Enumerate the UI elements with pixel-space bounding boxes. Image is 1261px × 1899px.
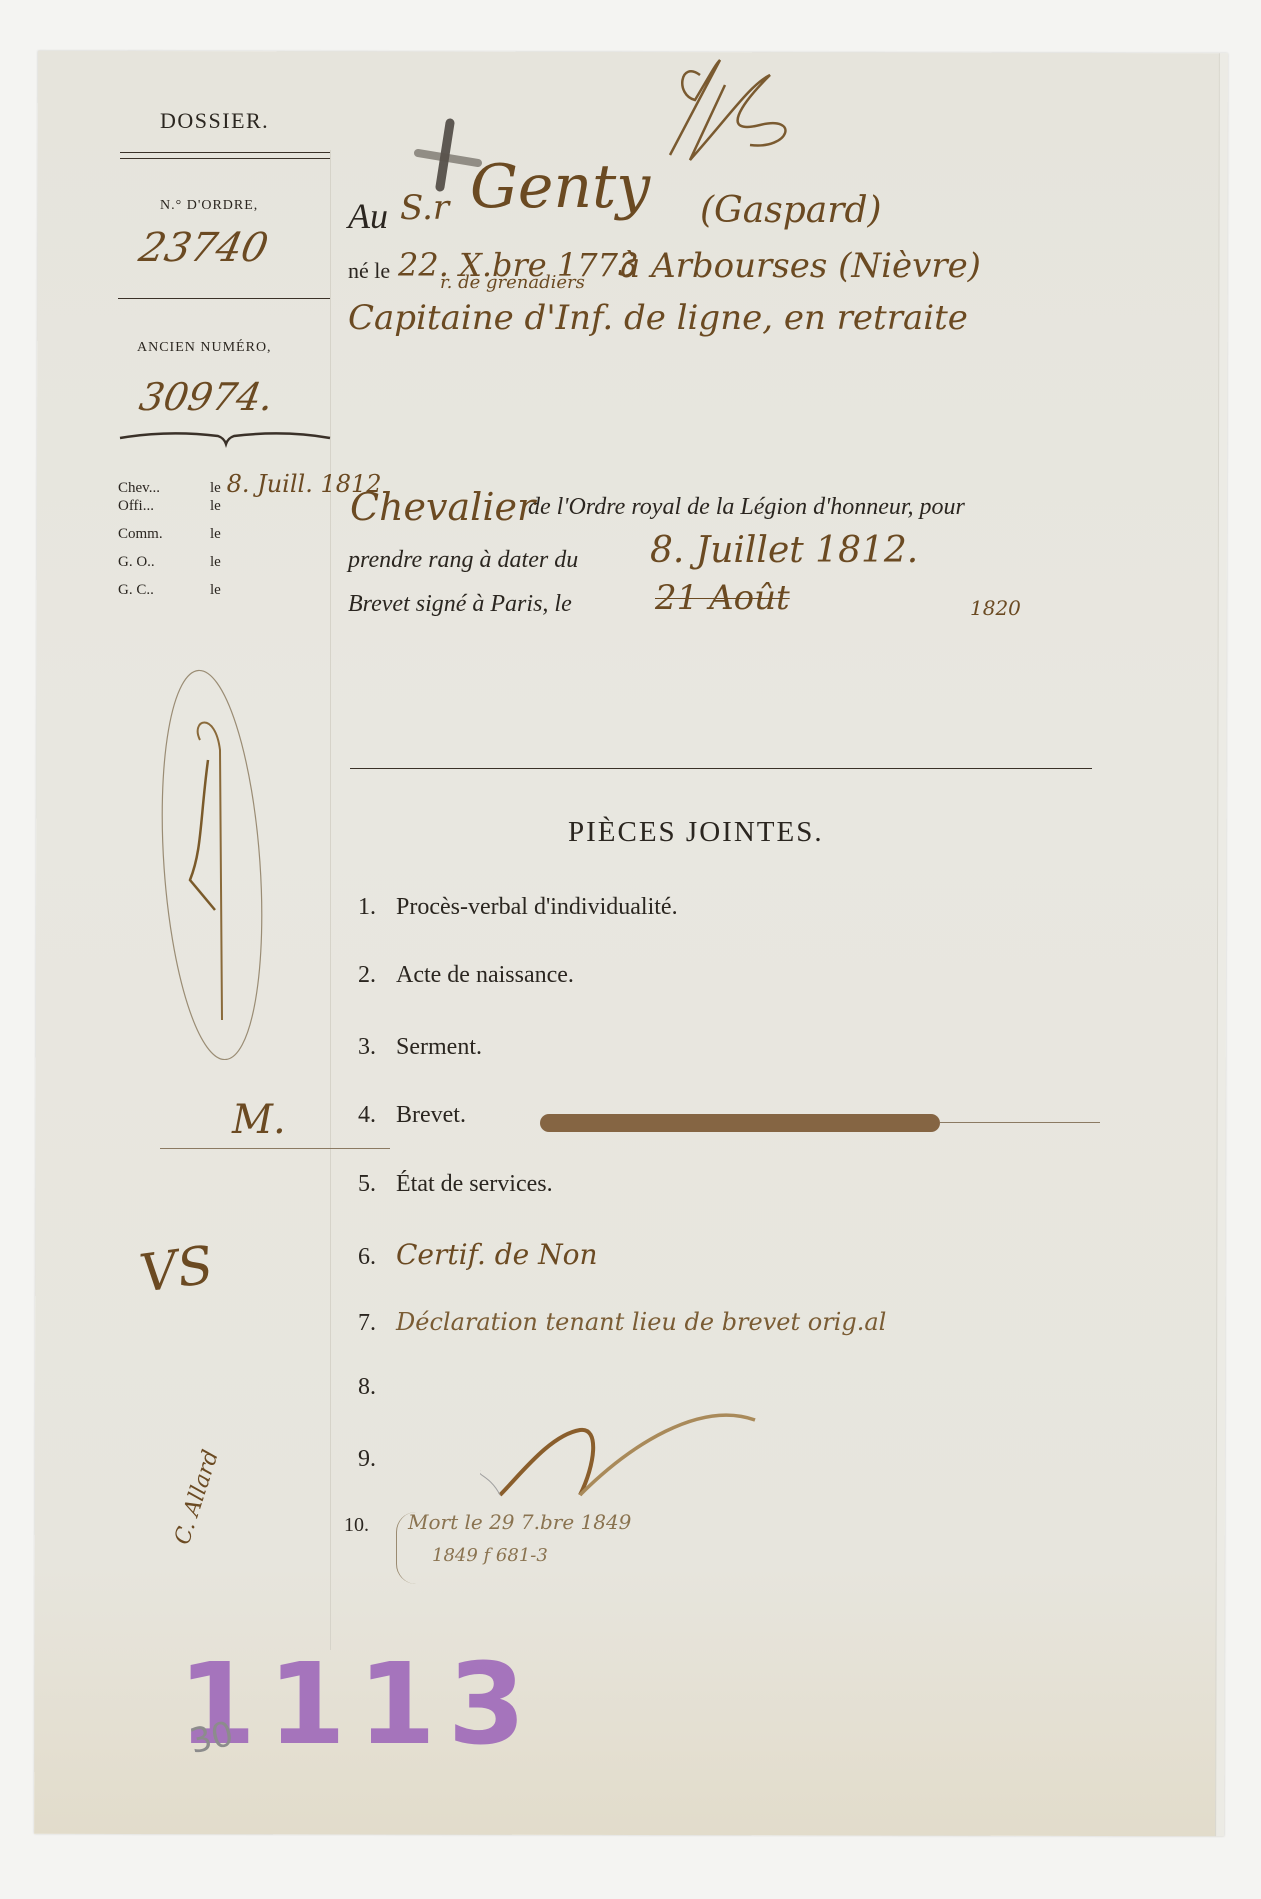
ordre-number: 23740 xyxy=(135,225,272,271)
grade-row-commandeur: Comm.le xyxy=(118,526,221,543)
piece-number: 1. xyxy=(358,894,396,921)
grade-label: G. O.. xyxy=(118,554,210,571)
piece-text: Acte de naissance. xyxy=(396,962,574,988)
grade-row-grand-officier: G. O..le xyxy=(118,554,221,571)
margin-vs-mark: VS xyxy=(136,1235,217,1305)
recipient-title: S.r xyxy=(400,188,449,228)
rang-prefix: prendre rang à dater du xyxy=(348,547,578,574)
piece-number: 2. xyxy=(358,962,396,989)
ordre-label: N.° D'ORDRE, xyxy=(160,198,258,214)
piece-item: 9. xyxy=(358,1446,396,1473)
death-note-line2: 1849 f 681-3 xyxy=(432,1545,548,1566)
margin-m-mark: M. xyxy=(232,1097,286,1143)
grade-label: Comm. xyxy=(118,526,210,543)
ancien-label: ANCIEN NUMÉRO, xyxy=(137,340,272,356)
piece-number: 3. xyxy=(358,1034,396,1061)
piece-item: 5.État de services. xyxy=(358,1171,553,1198)
piece-item: 8. xyxy=(358,1374,396,1401)
grade-le: le xyxy=(210,582,221,598)
brevet-prefix: Brevet signé à Paris, le xyxy=(348,591,572,618)
grade-row-officier: Offi...le xyxy=(118,498,221,515)
pieces-jointes-title: PIÈCES JOINTES. xyxy=(568,816,824,849)
grade-insertion: r. de grenadiers xyxy=(440,272,585,293)
paraph-signature-icon xyxy=(640,55,840,165)
piece-text: Procès-verbal d'individualité. xyxy=(396,894,678,920)
born-prefix: né le xyxy=(348,258,390,284)
grade-row-grand-croix: G. C..le xyxy=(118,582,221,599)
brevet-year: 1820 xyxy=(970,596,1021,620)
grade-le: le xyxy=(210,554,221,570)
piece-item: 7.Déclaration tenant lieu de brevet orig… xyxy=(358,1308,886,1337)
piece-number: 9. xyxy=(358,1446,396,1473)
award-order-text: de l'Ordre royal de la Légion d'honneur,… xyxy=(528,494,965,521)
death-note-line1: Mort le 29 7.bre 1849 xyxy=(408,1510,631,1534)
grade-le: le xyxy=(210,526,221,542)
piece-item: 6.Certif. de Non xyxy=(358,1238,598,1271)
piece-text: Serment. xyxy=(396,1034,482,1060)
section-divider xyxy=(350,768,1092,769)
grade-le: le xyxy=(210,498,221,514)
grade-row-chevalier: Chev...le 8. Juill. 1812 xyxy=(118,470,382,498)
grade-le: le xyxy=(210,480,221,496)
piece-item: 3.Serment. xyxy=(358,1034,482,1061)
strike-tail-line xyxy=(940,1122,1100,1123)
grade-label: Chev... xyxy=(118,480,210,497)
margin-m-rule xyxy=(160,1148,390,1149)
struck-out-annotation xyxy=(540,1114,940,1132)
piece-text: Déclaration tenant lieu de brevet orig.a… xyxy=(396,1308,886,1336)
oval-paraph-icon xyxy=(160,660,270,1060)
ordre-rule xyxy=(118,298,330,299)
check-paraph-icon xyxy=(480,1395,780,1515)
brevet-date: 21 Août xyxy=(655,578,790,618)
piece-number: 4. xyxy=(358,1102,396,1129)
brace-ornament xyxy=(118,428,333,452)
piece-number: 7. xyxy=(358,1310,396,1337)
column-guide xyxy=(330,150,331,1650)
piece-number: 6. xyxy=(358,1244,396,1271)
award-grade-word: Chevalier xyxy=(350,485,535,529)
dossier-double-rule-top xyxy=(120,152,330,153)
recipient-rank: Capitaine d'Inf. de ligne, en retraite xyxy=(348,298,968,338)
piece-number: 5. xyxy=(358,1171,396,1198)
dossier-label: DOSSIER. xyxy=(160,108,269,134)
piece-number: 8. xyxy=(358,1374,396,1401)
piece-item: 1.Procès-verbal d'individualité. xyxy=(358,894,678,921)
born-place: à Arbourses (Nièvre) xyxy=(620,246,981,286)
paper-edge xyxy=(1215,53,1228,1836)
rang-date: 8. Juillet 1812. xyxy=(650,530,918,571)
recipient-prefix: Au xyxy=(348,195,388,237)
recipient-surname: Genty xyxy=(470,152,650,222)
piece-text: État de services. xyxy=(396,1171,553,1197)
piece-text: Certif. de Non xyxy=(396,1238,598,1271)
piece-item: 2.Acte de naissance. xyxy=(358,962,574,989)
piece-item: 4.Brevet. xyxy=(358,1102,466,1129)
dossier-double-rule-bottom xyxy=(120,158,330,159)
grade-label: G. C.. xyxy=(118,582,210,599)
grade-label: Offi... xyxy=(118,498,210,515)
piece-text: Brevet. xyxy=(396,1102,466,1128)
recipient-given-name: (Gaspard) xyxy=(700,190,882,231)
ancien-number: 30974. xyxy=(136,375,277,419)
